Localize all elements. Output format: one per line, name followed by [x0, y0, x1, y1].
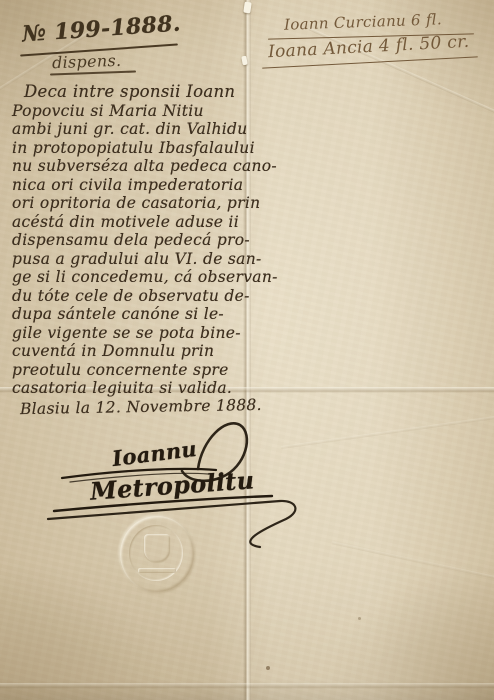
bottom-fold-crease [0, 683, 494, 689]
body-line: Deca intre sponsii Ioann [12, 83, 256, 102]
document-scan: № 199-1888. dispens. Ioann Curcianu 6 fl… [0, 0, 494, 700]
signature-title: Metropolitu [89, 465, 255, 505]
body-line: dispensamu dela pedecá pro- [12, 231, 256, 250]
ink-speck [358, 617, 361, 620]
body-line: preotulu concernente spre [12, 361, 256, 380]
body-line: casatoria legiuita si valida. [12, 379, 256, 398]
body-line: Popovciu si Maria Nitiu [12, 102, 256, 121]
body-line: cuventá in Domnulu prin [12, 342, 256, 361]
ink-speck [266, 666, 270, 670]
body-line: in protopopiatulu Ibasfalaului [12, 139, 256, 158]
docket-number: № 199-1888. [21, 10, 181, 47]
seal-crest-shield [144, 534, 170, 562]
body-line: ge si li concedemu, cá observan- [12, 268, 256, 287]
body-line: ori opritoria de casatoria, prin [12, 194, 256, 213]
body-line: pusa a gradului alu VI. de san- [12, 250, 256, 269]
signature-name: Ioannu [111, 436, 198, 471]
docket-label: dispens. [52, 51, 122, 72]
body-text: Deca intre sponsii Ioann Popovciu si Mar… [12, 83, 256, 398]
embossed-seal [120, 516, 194, 592]
body-line: acéstá din motivele aduse ii [12, 213, 256, 232]
body-line: du tóte cele de observatu de- [12, 287, 256, 306]
docket-block: № 199-1888. [21, 10, 181, 47]
diagonal-crease [281, 414, 494, 449]
diagonal-crease [332, 541, 494, 581]
body-line: nica ori civila impederatoria [12, 176, 256, 195]
dateline: Blasiu la 12. Novembre 1888. [20, 396, 262, 418]
body-line: nu subverséza alta pedeca cano- [12, 157, 256, 176]
fee-annotation-line-1: Ioann Curcianu 6 fl. [284, 10, 443, 34]
body-line: dupa sántele canóne si le- [12, 305, 256, 324]
seal-motto-bar [138, 568, 176, 573]
body-line: ambi juni gr. cat. din Valhidu [12, 120, 256, 139]
body-line: gile vigente se se pota bine- [12, 324, 256, 343]
